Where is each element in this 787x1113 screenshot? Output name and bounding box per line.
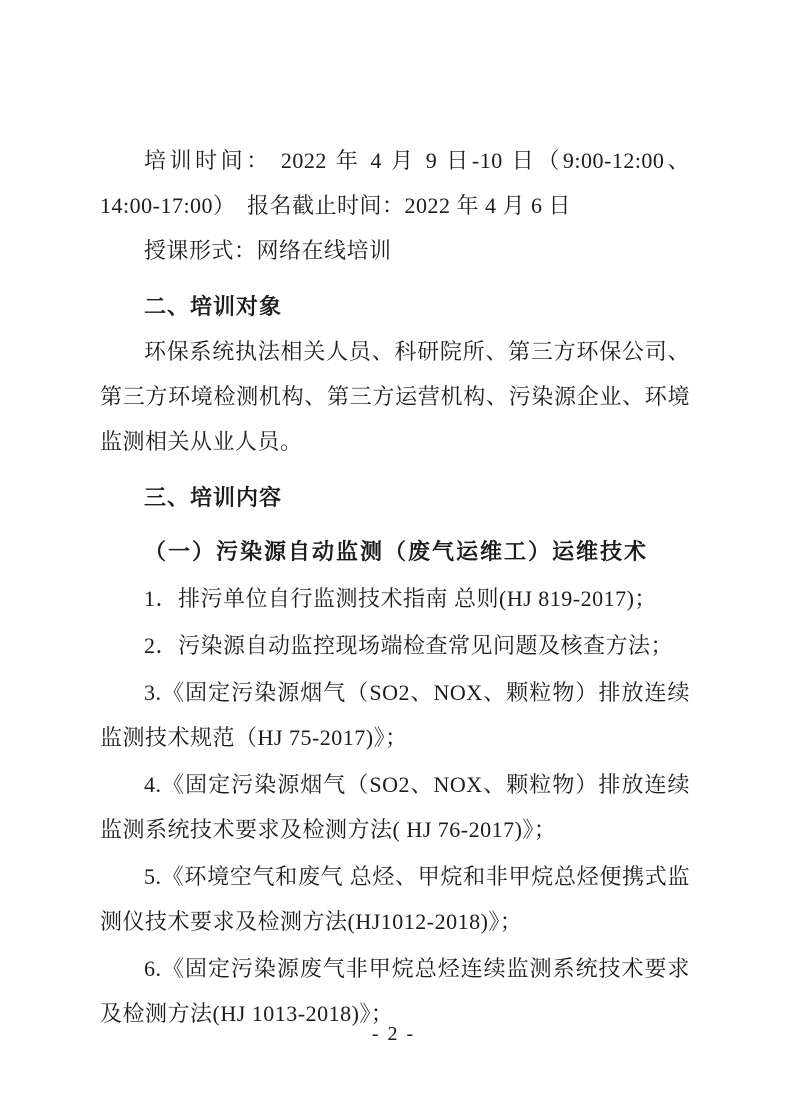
training-target-body: 环保系统执法相关人员、科研院所、第三方环保公司、第三方环境检测机构、第三方运营机… [100, 329, 690, 464]
section-heading-training-target: 二、培训对象 [100, 284, 690, 329]
content-item: 3.《固定污染源烟气（SO2、NOX、颗粒物）排放连续监测技术规范（HJ 75-… [100, 670, 690, 760]
document-page: 培训时间： 2022 年 4 月 9 日-10 日（9:00-12:00、14:… [0, 0, 787, 1113]
section-heading-training-content: 三、培训内容 [100, 475, 690, 520]
training-time-paragraph: 培训时间： 2022 年 4 月 9 日-10 日（9:00-12:00、14:… [100, 138, 690, 228]
content-item: 4.《固定污染源烟气（SO2、NOX、颗粒物）排放连续监测系统技术要求及检测方法… [100, 762, 690, 852]
content-item: 1．排污单位自行监测技术指南 总则(HJ 819-2017)； [100, 576, 690, 621]
course-format-paragraph: 授课形式：网络在线培训 [100, 228, 690, 273]
subsection-heading-flue-gas-om: （一）污染源自动监测（废气运维工）运维技术 [100, 529, 690, 574]
page-number: - 2 - [0, 1020, 787, 1048]
content-item: 5.《环境空气和废气 总烃、甲烷和非甲烷总烃便携式监测仪技术要求及检测方法(HJ… [100, 854, 690, 944]
content-item: 2．污染源自动监控现场端检查常见问题及核查方法； [100, 623, 690, 668]
